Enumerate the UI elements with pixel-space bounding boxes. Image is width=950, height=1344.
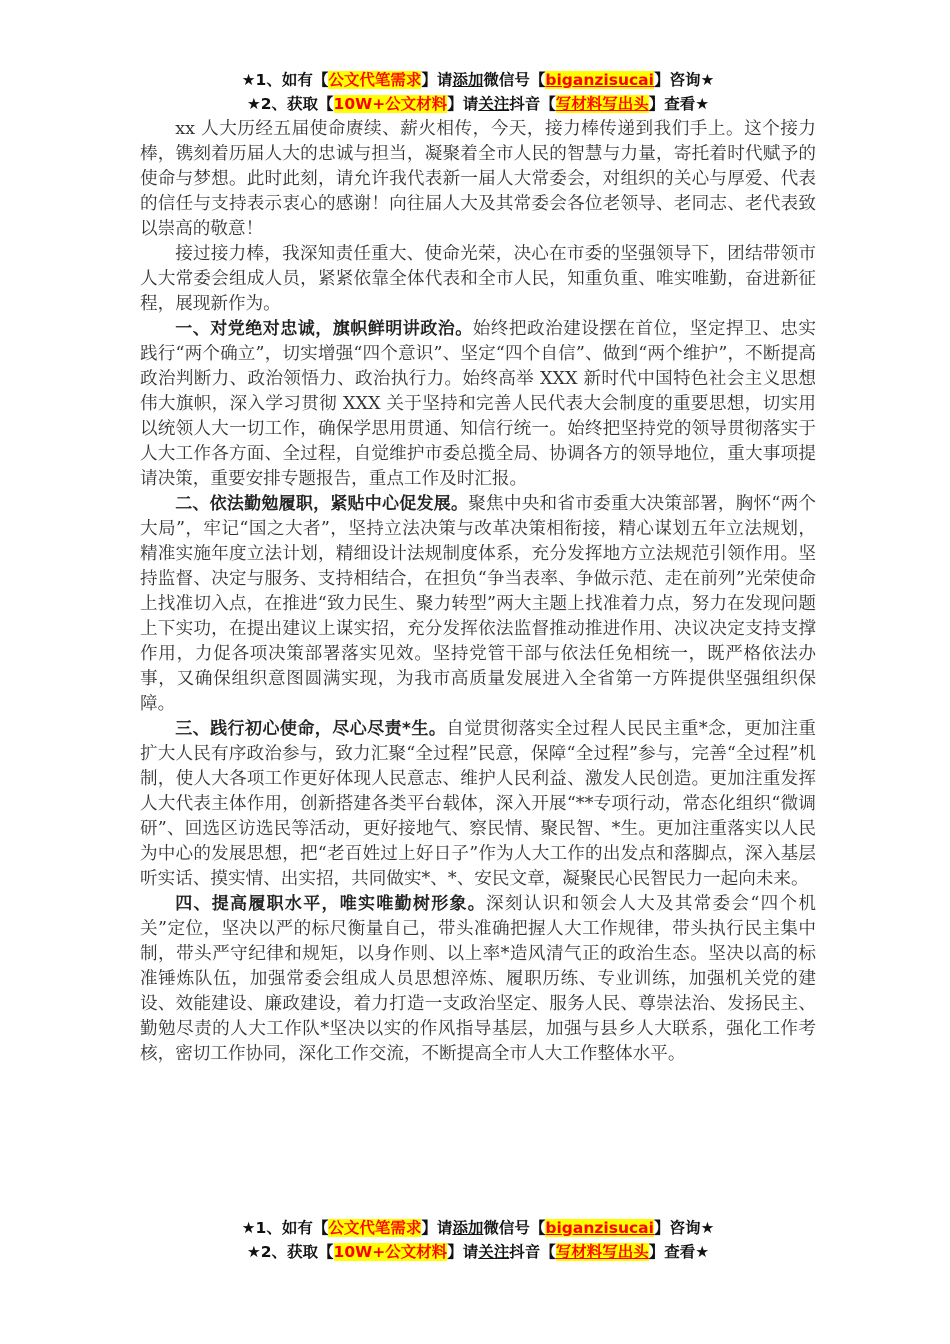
paragraph-text: 聚焦中央和省市委重大决策部署，胸怀“两个大局”，牢记“国之大者”，坚持立法决策与… <box>140 494 816 714</box>
promo-text: 】请 <box>447 1243 478 1261</box>
underlined-add: 添加 <box>452 1219 483 1237</box>
highlight-materials: 10W+公文材料 <box>334 95 448 113</box>
section-heading: 三、践行初心使命，尽心尽责*生。 <box>175 719 446 739</box>
promo-text: ★1、如有【 <box>242 71 329 89</box>
promo-text: 微信号【 <box>483 1219 545 1237</box>
underlined-add: 添加 <box>452 71 483 89</box>
promo-text: 微信号【 <box>483 71 545 89</box>
promo-text: 】咨询★ <box>654 1219 714 1237</box>
promo-line-2: ★2、获取【10W+公文材料】请关注抖音【写材料写出头】查看★ <box>100 92 856 116</box>
section-heading: 一、对党绝对忠诚，旗帜鲜明讲政治。 <box>175 319 473 339</box>
promo-banner-bottom-wrap: ★1、如有【公文代笔需求】请添加微信号【biganzisucai】咨询★ ★2、… <box>140 1216 816 1264</box>
section-heading: 四、提高履职水平，唯实唯勤树形象。 <box>175 894 486 914</box>
paragraph-resolve: 接过接力棒，我深知责任重大、使命光荣，决心在市委的坚强领导下，团结带领市人大常委… <box>140 242 816 317</box>
promo-text: 】请 <box>421 1219 452 1237</box>
wechat-id-link[interactable]: biganzisucai <box>545 1219 654 1237</box>
promo-text: 】咨询★ <box>654 71 714 89</box>
underlined-follow: 关注 <box>478 1243 509 1261</box>
highlight-ghostwriting: 公文代笔需求 <box>328 71 421 89</box>
paragraph-text: xx 人大历经五届使命赓续、薪火相传，今天，接力棒传递到我们手上。这个接力棒，镌… <box>140 119 816 239</box>
promo-line-1: ★1、如有【公文代笔需求】请添加微信号【biganzisucai】咨询★ <box>100 68 856 92</box>
promo-banner-bottom: ★1、如有【公文代笔需求】请添加微信号【biganzisucai】咨询★ ★2、… <box>100 1216 856 1264</box>
paragraph-text: 始终把政治建设摆在首位，坚定捍卫、忠实践行“两个确立”，切实增强“四个意识”、坚… <box>140 319 816 489</box>
paragraph-section-2: 二、依法勤勉履职，紧贴中心促发展。聚焦中央和省市委重大决策部署，胸怀“两个大局”… <box>140 492 816 717</box>
promo-text: 抖音【 <box>509 1243 556 1261</box>
paragraph-section-1: 一、对党绝对忠诚，旗帜鲜明讲政治。始终把政治建设摆在首位，坚定捍卫、忠实践行“两… <box>140 317 816 492</box>
promo-line-2: ★2、获取【10W+公文材料】请关注抖音【写材料写出头】查看★ <box>100 1240 856 1264</box>
promo-text: ★1、如有【 <box>242 1219 329 1237</box>
section-heading: 二、依法勤勉履职，紧贴中心促发展。 <box>175 494 468 514</box>
highlight-ghostwriting: 公文代笔需求 <box>328 1219 421 1237</box>
paragraph-section-4: 四、提高履职水平，唯实唯勤树形象。深刻认识和领会人大及其常委会“四个机关”定位，… <box>140 892 816 1067</box>
paragraph-text: 接过接力棒，我深知责任重大、使命光荣，决心在市委的坚强领导下，团结带领市人大常委… <box>140 244 816 314</box>
promo-text: 】查看★ <box>649 95 709 113</box>
underlined-follow: 关注 <box>478 95 509 113</box>
highlight-materials: 10W+公文材料 <box>334 1243 448 1261</box>
douyin-account-link[interactable]: 写材料写出头 <box>556 1243 649 1261</box>
paragraph-section-3: 三、践行初心使命，尽心尽责*生。自觉贯彻落实全过程人民民主重*念，更加注重扩大人… <box>140 717 816 892</box>
promo-banner-top: ★1、如有【公文代笔需求】请添加微信号【biganzisucai】咨询★ ★2、… <box>100 68 856 116</box>
douyin-account-link[interactable]: 写材料写出头 <box>556 95 649 113</box>
document-body: xx 人大历经五届使命赓续、薪火相传，今天，接力棒传递到我们手上。这个接力棒，镌… <box>140 117 816 1067</box>
promo-line-1: ★1、如有【公文代笔需求】请添加微信号【biganzisucai】咨询★ <box>100 1216 856 1240</box>
document-page: ★1、如有【公文代笔需求】请添加微信号【biganzisucai】咨询★ ★2、… <box>140 68 816 1067</box>
promo-text: 】请 <box>421 71 452 89</box>
paragraph-intro: xx 人大历经五届使命赓续、薪火相传，今天，接力棒传递到我们手上。这个接力棒，镌… <box>140 117 816 242</box>
paragraph-text: 自觉贯彻落实全过程人民民主重*念，更加注重扩大人民有序政治参与，致力汇聚“全过程… <box>140 719 816 889</box>
promo-text: ★2、获取【 <box>247 95 334 113</box>
promo-text: 】请 <box>447 95 478 113</box>
wechat-id-link[interactable]: biganzisucai <box>545 71 654 89</box>
promo-text: 】查看★ <box>649 1243 709 1261</box>
promo-text: 抖音【 <box>509 95 556 113</box>
paragraph-text: 深刻认识和领会人大及其常委会“四个机关”定位，坚决以严的标尺衡量自己，带头准确把… <box>140 894 816 1064</box>
promo-text: ★2、获取【 <box>247 1243 334 1261</box>
